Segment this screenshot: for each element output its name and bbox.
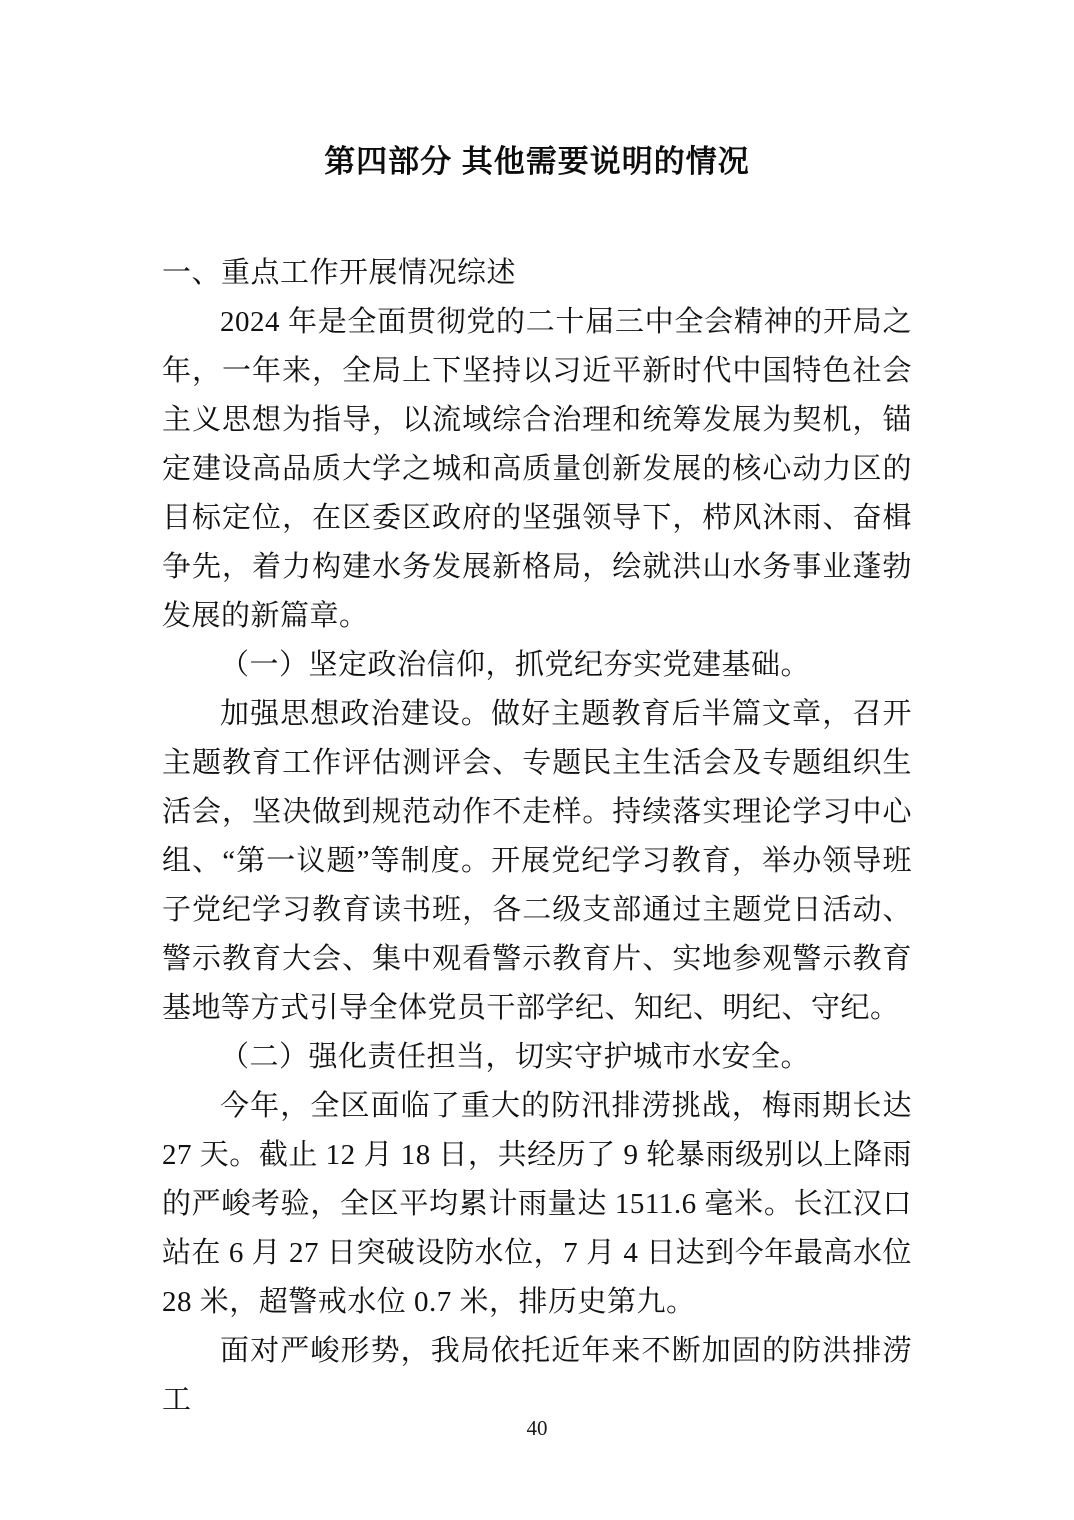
document-page: 第四部分 其他需要说明的情况 一、重点工作开展情况综述 2024 年是全面贯彻党… [0, 0, 1074, 1520]
body-paragraph: 加强思想政治建设。做好主题教育后半篇文章，召开主题教育工作评估测评会、专题民主生… [162, 690, 912, 1033]
section-heading: 一、重点工作开展情况综述 [162, 249, 912, 298]
body-paragraph: 今年，全区面临了重大的防汛排涝挑战，梅雨期长达 27 天。截止 12 月 18 … [162, 1082, 912, 1327]
body-paragraph-subheading: （二）强化责任担当，切实守护城市水安全。 [162, 1033, 912, 1082]
body-paragraph-subheading: （一）坚定政治信仰，抓党纪夯实党建基础。 [162, 641, 912, 690]
page-number: 40 [0, 1416, 1074, 1440]
document-title: 第四部分 其他需要说明的情况 [162, 143, 912, 181]
body-paragraph: 2024 年是全面贯彻党的二十届三中全会精神的开局之年，一年来，全局上下坚持以习… [162, 298, 912, 641]
body-paragraph: 面对严峻形势，我局依托近年来不断加固的防洪排涝工 [162, 1327, 912, 1425]
